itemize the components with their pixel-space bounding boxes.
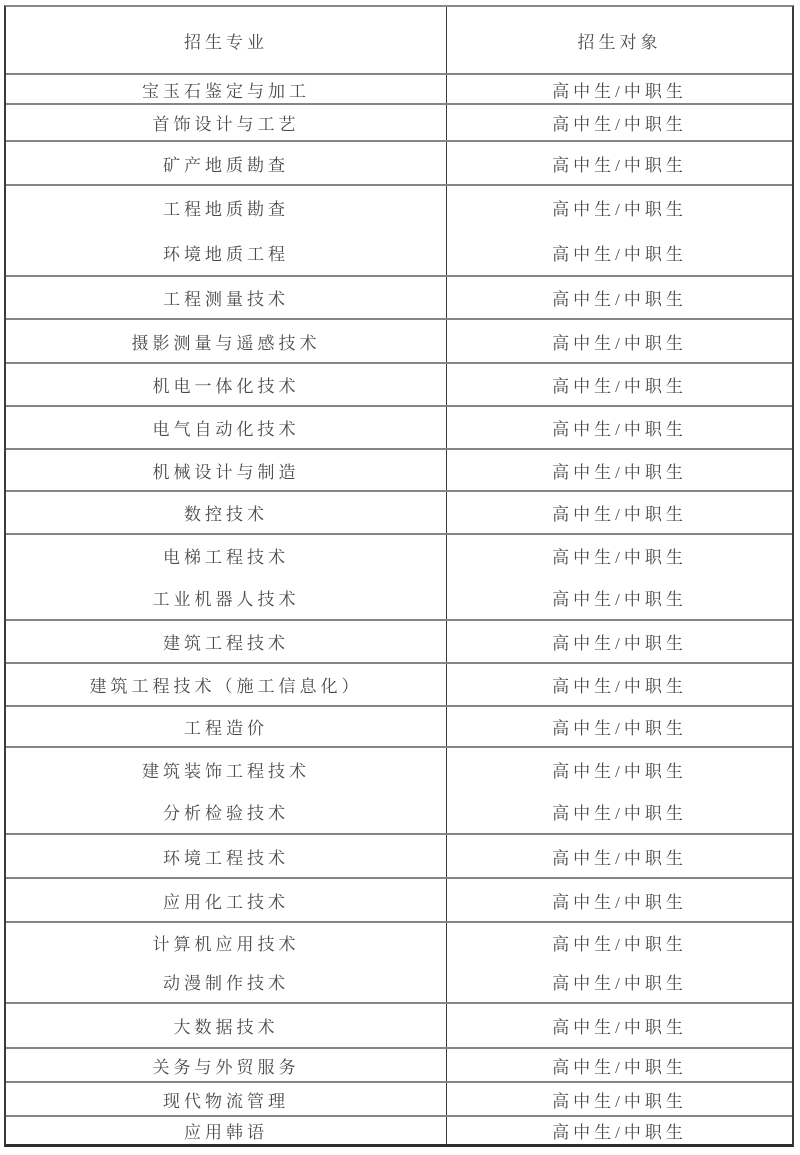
major-cell: 动漫制作技术 bbox=[6, 961, 447, 1002]
target-cell: 高中生/中职生 bbox=[447, 1004, 792, 1047]
major-cell: 关务与外贸服务 bbox=[6, 1049, 447, 1081]
table-row: 动漫制作技术 高中生/中职生 bbox=[6, 961, 792, 1002]
major-cell: 建筑工程技术（施工信息化） bbox=[6, 664, 447, 705]
target-cell: 高中生/中职生 bbox=[447, 879, 792, 921]
table-row: 工程地质勘查 高中生/中职生 bbox=[6, 184, 792, 229]
target-cell: 高中生/中职生 bbox=[447, 1083, 792, 1115]
table-row: 工程测量技术 高中生/中职生 bbox=[6, 275, 792, 318]
target-cell: 高中生/中职生 bbox=[447, 229, 792, 275]
major-cell: 建筑装饰工程技术 bbox=[6, 748, 447, 790]
target-cell: 高中生/中职生 bbox=[447, 75, 792, 103]
target-cell: 高中生/中职生 bbox=[447, 707, 792, 746]
table-row: 工业机器人技术 高中生/中职生 bbox=[6, 576, 792, 619]
page: 招生专业 招生对象 宝玉石鉴定与加工 高中生/中职生 首饰设计与工艺 高中生/中… bbox=[0, 0, 800, 1155]
table-row: 建筑装饰工程技术 高中生/中职生 bbox=[6, 746, 792, 790]
major-cell: 大数据技术 bbox=[6, 1004, 447, 1047]
major-cell: 工程造价 bbox=[6, 707, 447, 746]
target-cell: 高中生/中职生 bbox=[447, 105, 792, 140]
target-cell: 高中生/中职生 bbox=[447, 621, 792, 662]
major-cell: 环境地质工程 bbox=[6, 229, 447, 275]
target-cell: 高中生/中职生 bbox=[447, 790, 792, 833]
major-cell: 工业机器人技术 bbox=[6, 576, 447, 619]
table-row: 分析检验技术 高中生/中职生 bbox=[6, 790, 792, 833]
major-cell: 宝玉石鉴定与加工 bbox=[6, 75, 447, 103]
target-cell: 高中生/中职生 bbox=[447, 1049, 792, 1081]
table-row: 数控技术 高中生/中职生 bbox=[6, 490, 792, 533]
table-row: 电气自动化技术 高中生/中职生 bbox=[6, 405, 792, 448]
target-cell: 高中生/中职生 bbox=[447, 364, 792, 405]
table-row: 宝玉石鉴定与加工 高中生/中职生 bbox=[6, 73, 792, 103]
major-cell: 建筑工程技术 bbox=[6, 621, 447, 662]
target-cell: 高中生/中职生 bbox=[447, 320, 792, 362]
column-header-major: 招生专业 bbox=[6, 7, 447, 73]
target-cell: 高中生/中职生 bbox=[447, 186, 792, 229]
table-row: 关务与外贸服务 高中生/中职生 bbox=[6, 1047, 792, 1081]
major-cell: 矿产地质勘查 bbox=[6, 142, 447, 184]
enrollment-table: 招生专业 招生对象 宝玉石鉴定与加工 高中生/中职生 首饰设计与工艺 高中生/中… bbox=[4, 5, 794, 1147]
table-row: 机械设计与制造 高中生/中职生 bbox=[6, 448, 792, 490]
table-row: 现代物流管理 高中生/中职生 bbox=[6, 1081, 792, 1115]
major-cell: 现代物流管理 bbox=[6, 1083, 447, 1115]
major-cell: 机械设计与制造 bbox=[6, 450, 447, 490]
major-cell: 数控技术 bbox=[6, 492, 447, 533]
table-row: 应用韩语 高中生/中职生 bbox=[6, 1115, 792, 1144]
header-row: 招生专业 招生对象 bbox=[6, 7, 792, 73]
table-row: 环境地质工程 高中生/中职生 bbox=[6, 229, 792, 275]
major-cell: 电梯工程技术 bbox=[6, 535, 447, 576]
table-row: 建筑工程技术 高中生/中职生 bbox=[6, 619, 792, 662]
target-cell: 高中生/中职生 bbox=[447, 142, 792, 184]
major-cell: 摄影测量与遥感技术 bbox=[6, 320, 447, 362]
table-row: 首饰设计与工艺 高中生/中职生 bbox=[6, 103, 792, 140]
target-cell: 高中生/中职生 bbox=[447, 923, 792, 961]
major-cell: 电气自动化技术 bbox=[6, 407, 447, 448]
table-row: 环境工程技术 高中生/中职生 bbox=[6, 833, 792, 877]
table-row: 矿产地质勘查 高中生/中职生 bbox=[6, 140, 792, 184]
target-cell: 高中生/中职生 bbox=[447, 748, 792, 790]
table-row: 计算机应用技术 高中生/中职生 bbox=[6, 921, 792, 961]
major-cell: 工程地质勘查 bbox=[6, 186, 447, 229]
major-cell: 环境工程技术 bbox=[6, 835, 447, 877]
target-cell: 高中生/中职生 bbox=[447, 1117, 792, 1144]
target-cell: 高中生/中职生 bbox=[447, 576, 792, 619]
major-cell: 应用化工技术 bbox=[6, 879, 447, 921]
major-cell: 应用韩语 bbox=[6, 1117, 447, 1144]
table-row: 大数据技术 高中生/中职生 bbox=[6, 1002, 792, 1047]
column-header-target: 招生对象 bbox=[447, 7, 792, 73]
target-cell: 高中生/中职生 bbox=[447, 535, 792, 576]
target-cell: 高中生/中职生 bbox=[447, 664, 792, 705]
table-row: 摄影测量与遥感技术 高中生/中职生 bbox=[6, 318, 792, 362]
table-row: 工程造价 高中生/中职生 bbox=[6, 705, 792, 746]
target-cell: 高中生/中职生 bbox=[447, 961, 792, 1002]
target-cell: 高中生/中职生 bbox=[447, 492, 792, 533]
target-cell: 高中生/中职生 bbox=[447, 277, 792, 318]
table-row: 应用化工技术 高中生/中职生 bbox=[6, 877, 792, 921]
major-cell: 工程测量技术 bbox=[6, 277, 447, 318]
major-cell: 分析检验技术 bbox=[6, 790, 447, 833]
major-cell: 计算机应用技术 bbox=[6, 923, 447, 961]
table-body: 宝玉石鉴定与加工 高中生/中职生 首饰设计与工艺 高中生/中职生 矿产地质勘查 … bbox=[6, 73, 792, 1144]
table-row: 机电一体化技术 高中生/中职生 bbox=[6, 362, 792, 405]
table-row: 建筑工程技术（施工信息化） 高中生/中职生 bbox=[6, 662, 792, 705]
major-cell: 机电一体化技术 bbox=[6, 364, 447, 405]
table-row: 电梯工程技术 高中生/中职生 bbox=[6, 533, 792, 576]
major-cell: 首饰设计与工艺 bbox=[6, 105, 447, 140]
target-cell: 高中生/中职生 bbox=[447, 407, 792, 448]
target-cell: 高中生/中职生 bbox=[447, 450, 792, 490]
target-cell: 高中生/中职生 bbox=[447, 835, 792, 877]
